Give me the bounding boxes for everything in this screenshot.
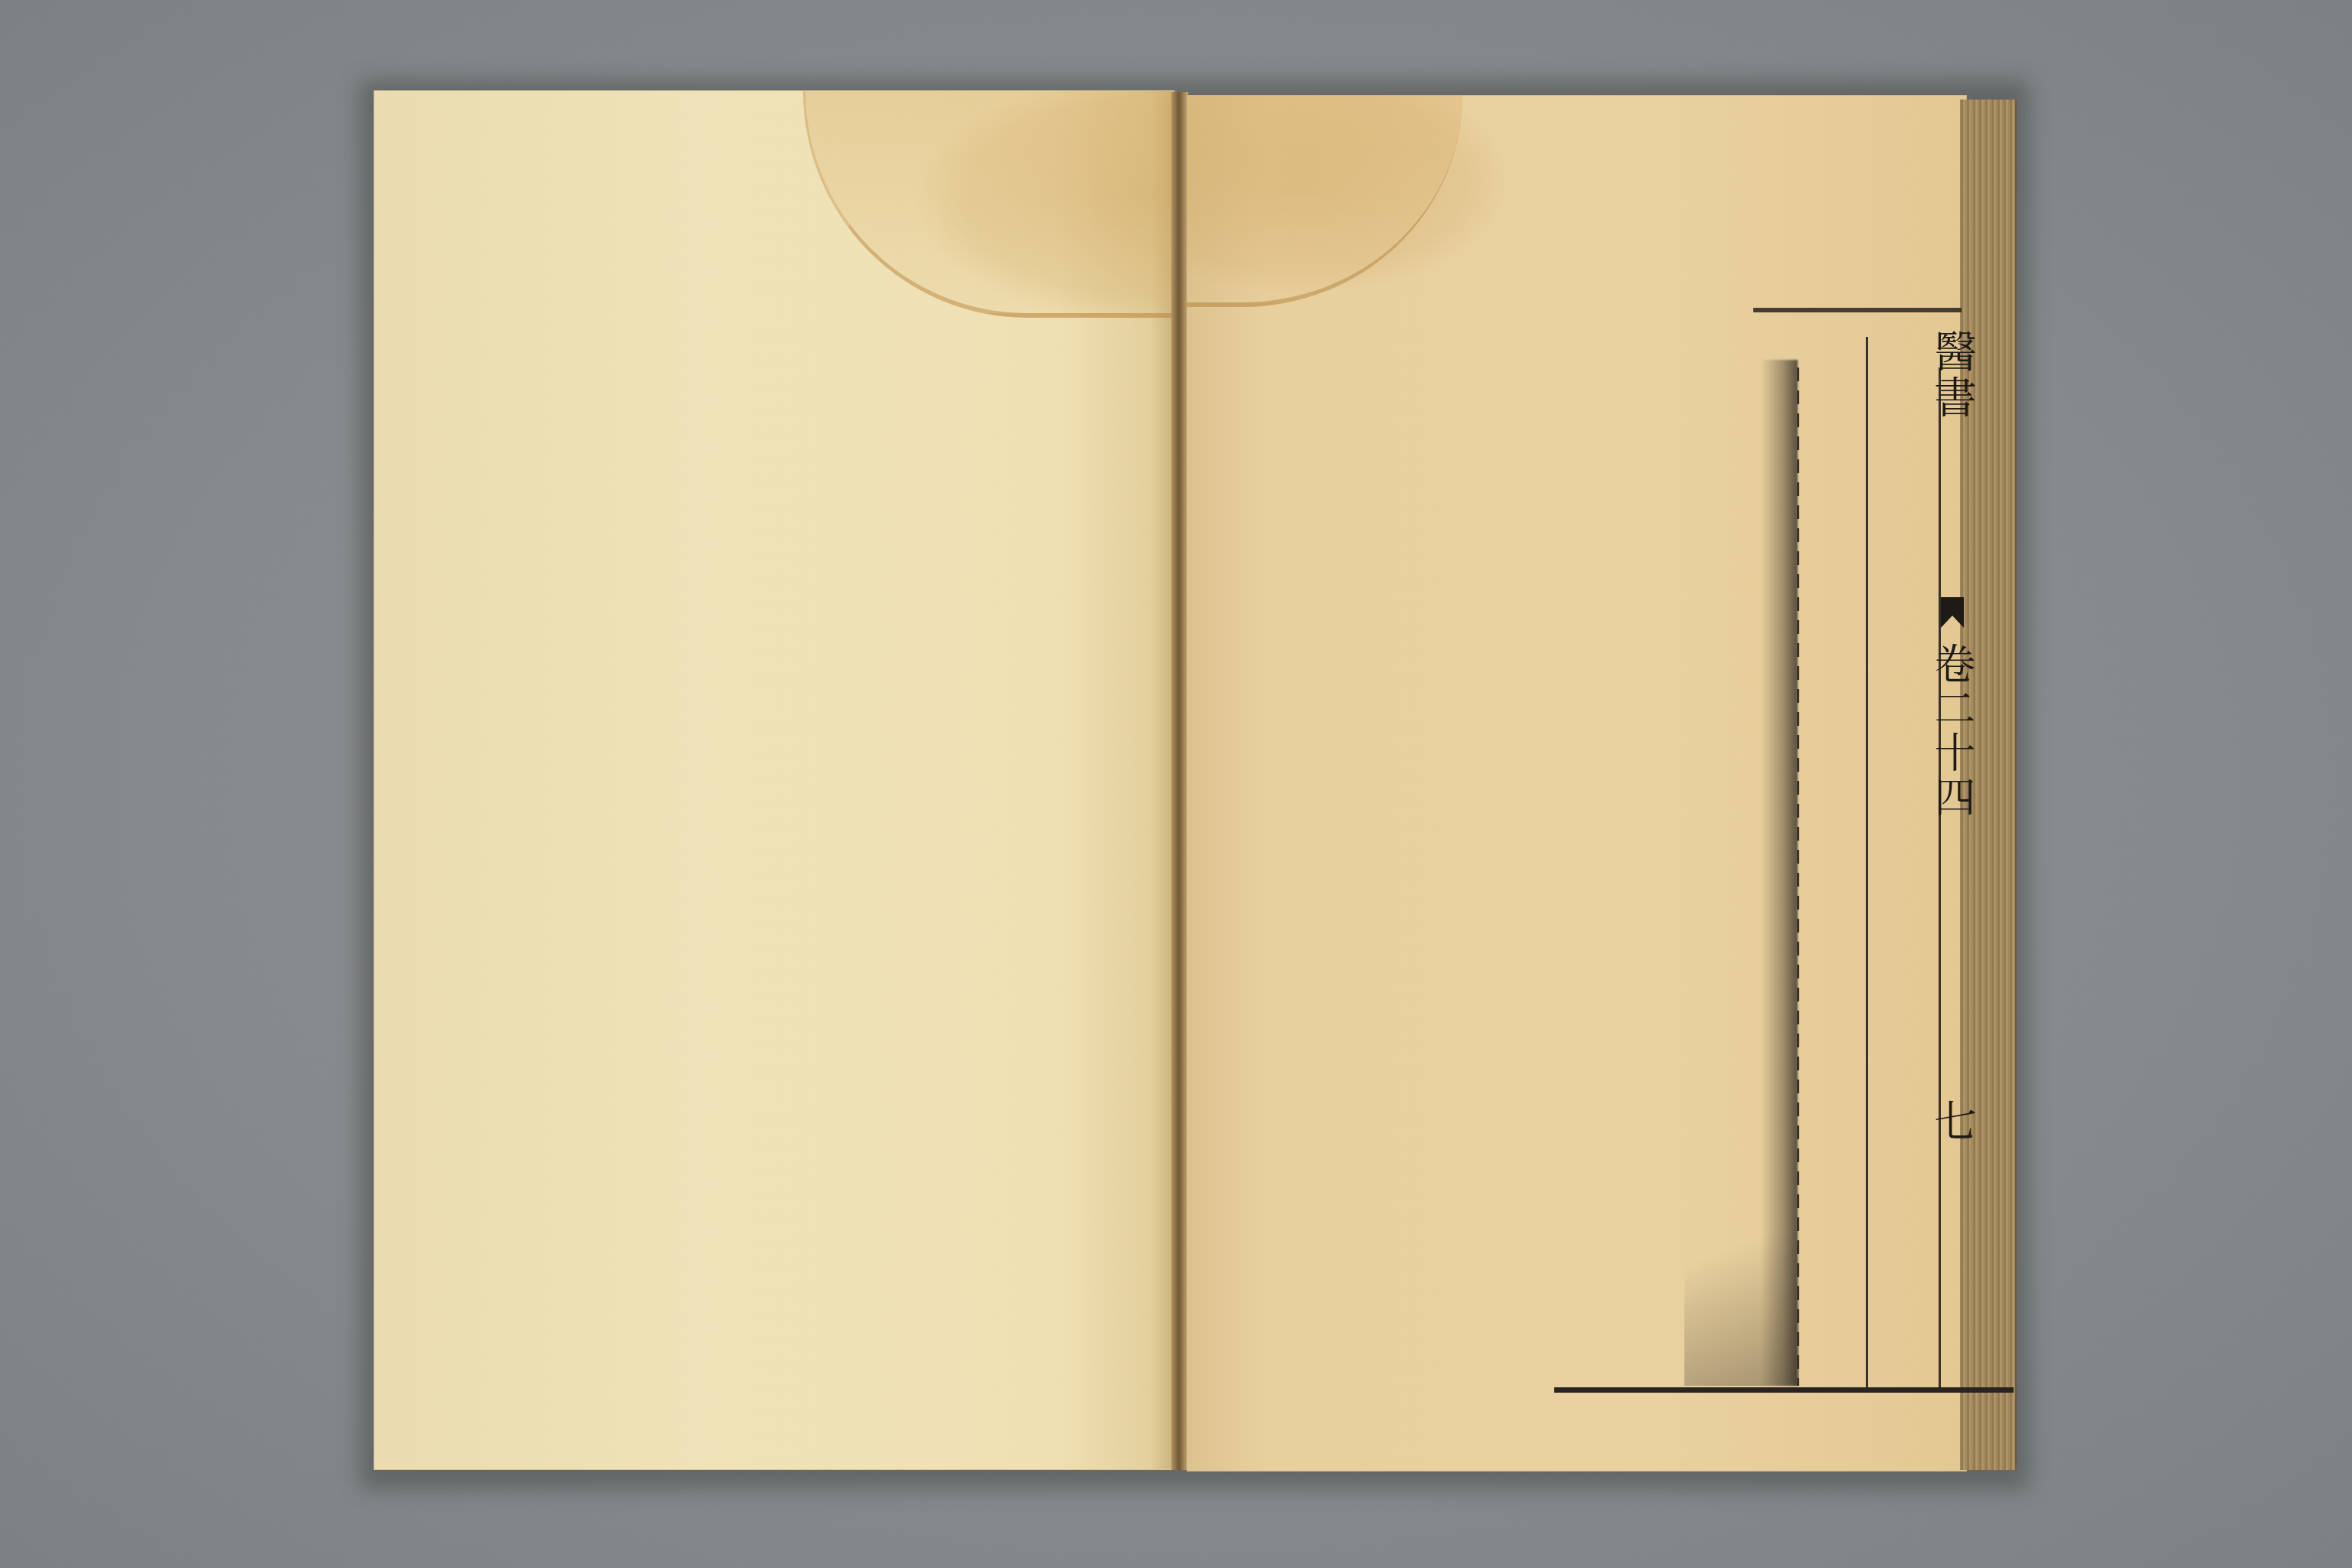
folio-number: 七 [1929, 1095, 1975, 1148]
ink-smudge [1684, 1194, 1799, 1386]
right-page [1187, 95, 1967, 1472]
volume-label: 卷二十四 [1929, 609, 1975, 854]
water-stain [1187, 96, 1462, 307]
water-stain [803, 91, 1177, 318]
left-page [374, 90, 1174, 1470]
frame-top-rule [1753, 308, 1962, 312]
book-gutter [1171, 92, 1188, 1470]
column-divider [1866, 337, 1868, 1387]
column-divider-dashed [1797, 367, 1799, 1386]
frame-bottom-rule [1554, 1387, 2014, 1393]
book-title: 醫書 [1929, 322, 1975, 429]
column-divider [1939, 367, 1941, 1387]
